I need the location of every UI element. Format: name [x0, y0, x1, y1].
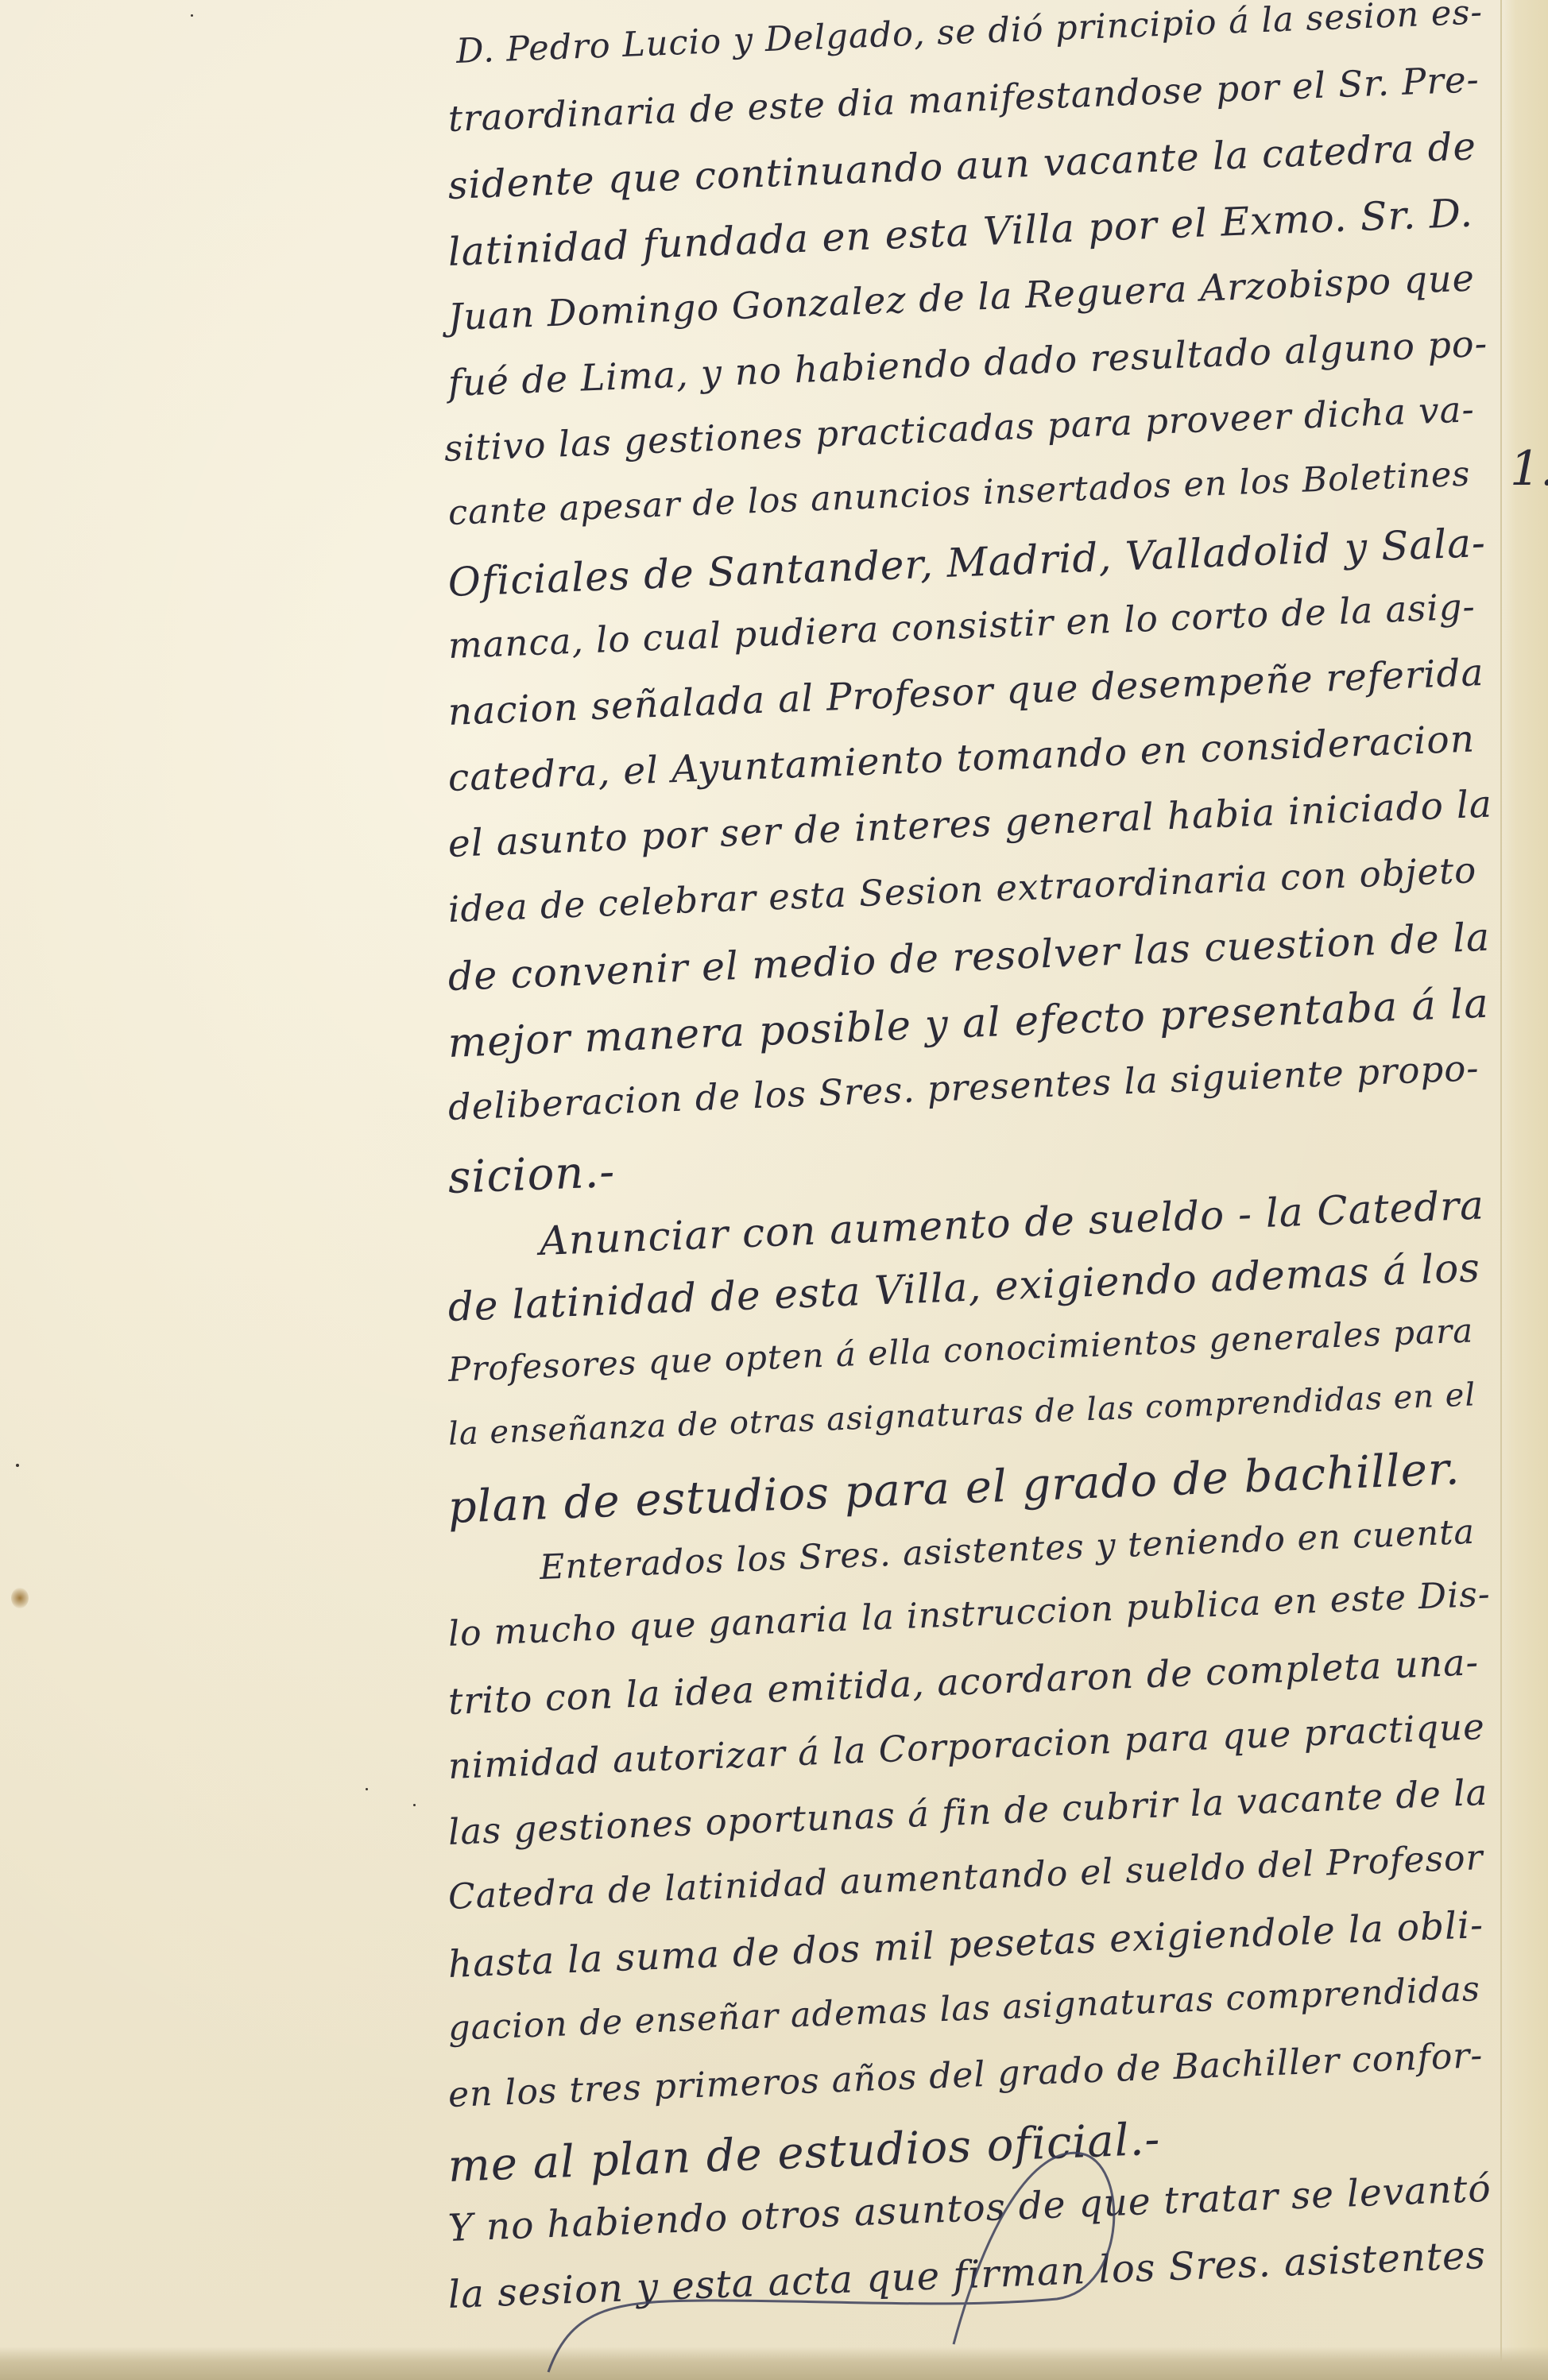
text-line: idea de celebrar esta Sesion extraordina…: [447, 849, 1477, 931]
text-line: traordinaria de este dia manifestandose …: [447, 58, 1480, 140]
text-line: la sesion y esta acta que firman los Sre…: [447, 2233, 1487, 2317]
text-line: me al plan de estudios oficial.-: [447, 2114, 1162, 2192]
text-line: Catedra de latinidad aumentando el sueld…: [447, 1837, 1484, 1918]
text-line: gacion de enseñar ademas las asignaturas…: [447, 1969, 1481, 2049]
text-line: cante apesar de los anuncios insertados …: [447, 455, 1471, 533]
text-line: nacion señalada al Profesor que desempeñ…: [447, 651, 1485, 734]
text-line: hasta la suma de dos mil pesetas exigien…: [447, 1903, 1484, 1987]
text-line: la enseñanza de otras asignaturas de las…: [447, 1376, 1476, 1453]
text-line: nimidad autorizar á la Corporacion para …: [447, 1705, 1486, 1787]
text-line: trito con la idea emitida, acordaron de …: [447, 1640, 1480, 1723]
text-line: lo mucho que ganaria la instruccion publ…: [447, 1574, 1492, 1654]
text-line: D. Pedro Lucio y Delgado, se dió princip…: [455, 0, 1484, 72]
manuscript-page: D. Pedro Lucio y Delgado, se dió princip…: [0, 0, 1548, 2380]
text-line: catedra, el Ayuntamiento tomando en cons…: [447, 717, 1476, 800]
manuscript-text: D. Pedro Lucio y Delgado, se dió princip…: [0, 0, 1548, 2380]
text-line: fué de Lima, y no habiendo dado resultad…: [447, 322, 1488, 404]
text-line: sicion.-: [447, 1146, 617, 1204]
text-line: en los tres primeros años del grado de B…: [447, 2035, 1484, 2115]
text-line: las gestiones oportunas á fin de cubrir …: [447, 1771, 1488, 1853]
margin-note: 1.: [1510, 441, 1548, 497]
text-line: sitivo las gestiones practicadas para pr…: [443, 388, 1476, 470]
